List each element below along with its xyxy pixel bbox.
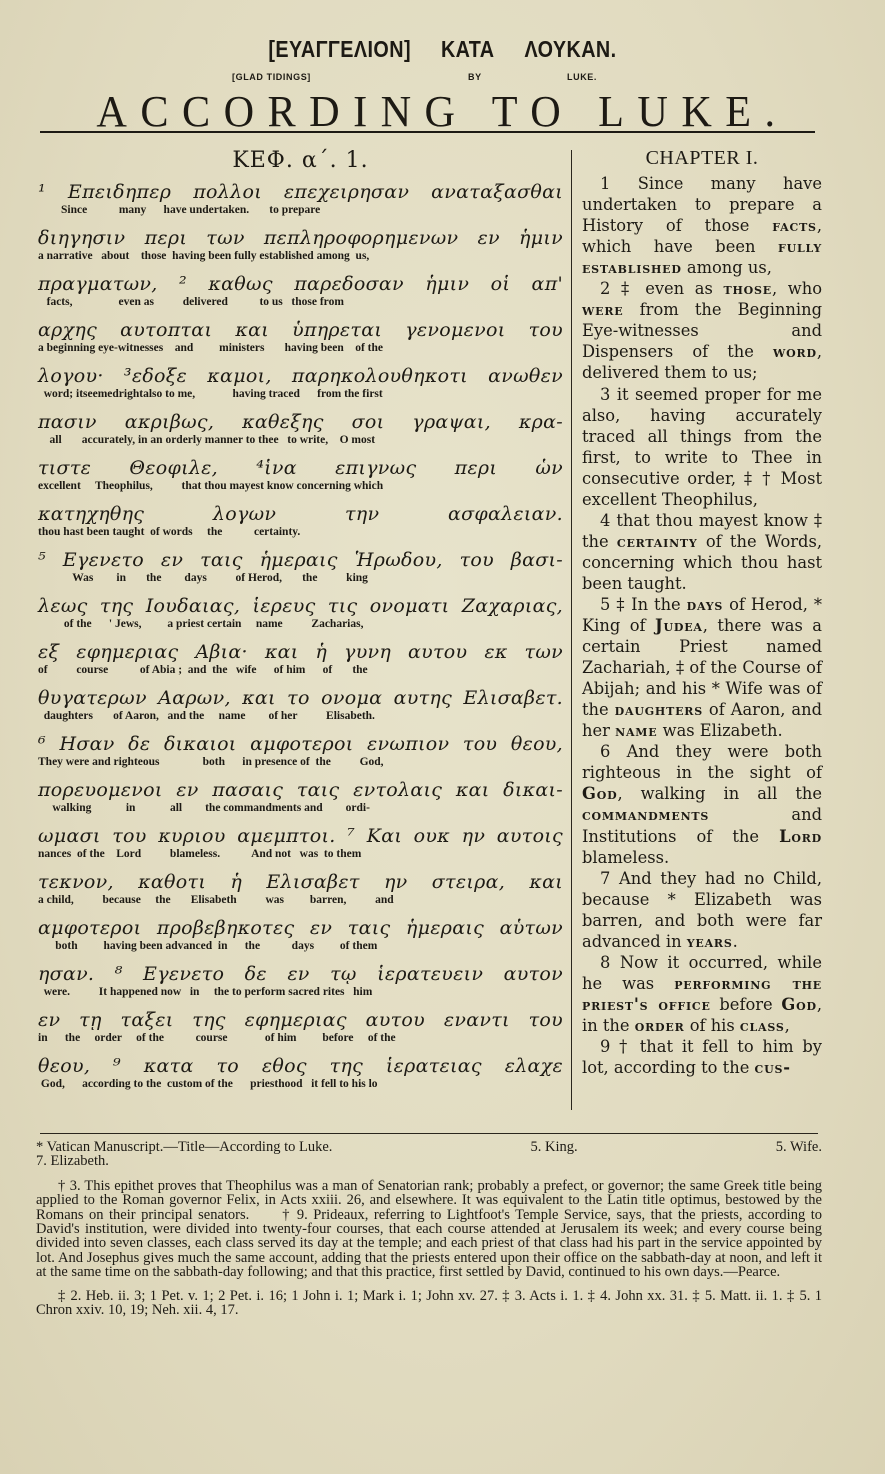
greek-text: κατηχηθης λογων την ασφαλειαν. — [38, 501, 563, 527]
verse-4: 4 that thou mayest know ‡ the certainty … — [582, 510, 822, 594]
english-gloss: were. It happened now in the to perform … — [38, 986, 563, 999]
interlinear-line: πορευομενοι εν πασαις ταις εντολαις και … — [38, 777, 563, 823]
header-rule — [40, 131, 815, 133]
greek-text: πραγματων, ² καθως παρεδοσαν ἡμιν οἱ απ' — [38, 271, 563, 297]
english-gloss: They were and righteous both in presence… — [38, 756, 563, 769]
greek-text: διηγησιν περι των πεπληροφορημενων εν ἡμ… — [38, 225, 563, 251]
english-gloss: of the ' Jews, a priest certain name Zac… — [38, 618, 563, 631]
emphasized-word: certainty — [617, 532, 698, 551]
interlinear-line: ⁵ Εγενετο εν ταις ἡμεραις Ἡρωδου, του βα… — [38, 547, 563, 593]
emphasized-word: years — [687, 932, 733, 951]
emphasized-word: days — [687, 595, 724, 614]
greek-text: πασιν ακριβως, καθεξης σοι γραψαι, κρα- — [38, 409, 563, 435]
interlinear-line: αμφοτεροι προβεβηκοτες εν ταις ἡμεραις α… — [38, 915, 563, 961]
greek-title-kata: ΚΑΤΑ — [441, 36, 495, 62]
interlinear-line: λεως της Ιουδαιας, ἱερευς τις ονοματι Ζα… — [38, 593, 563, 639]
verse-7: 7 And they had no Child, because * Eliza… — [582, 868, 822, 952]
greek-text: ⁶ Ησαν δε δικαιοι αμφοτεροι ενωπιον του … — [38, 731, 563, 757]
verse-1: 1 Since many have undertaken to prepare … — [582, 173, 822, 278]
greek-text: θυγατερων Ααρων, και το ονομα αυτης Ελισ… — [38, 685, 563, 711]
interlinear-line: κατηχηθης λογων την ασφαλειαν.thou hast … — [38, 501, 563, 547]
column-divider — [571, 150, 572, 1110]
greek-interlinear-column: ΚΕΦ. α΄. 1. ¹ Επειδηπερ πολλοι επεχειρησ… — [38, 148, 563, 1099]
verse-text: ‡ In the — [616, 595, 686, 614]
interlinear-line: διηγησιν περι των πεπληροφορημενων εν ἡμ… — [38, 225, 563, 271]
english-gloss: of course of Abia ; and the wife of him … — [38, 664, 563, 677]
verse-5: 5 ‡ In the days of Herod, * King of Jude… — [582, 594, 822, 741]
verse-text: ‡ even as — [621, 279, 723, 298]
greek-text: αμφοτεροι προβεβηκοτες εν ταις ἡμεραις α… — [38, 915, 563, 941]
interlinear-line: αρχης αυτοπται και ὑπηρεται γενομενοι το… — [38, 317, 563, 363]
emphasized-word: name — [615, 721, 657, 740]
verse-8: 8 Now it occurred, while he was performi… — [582, 952, 822, 1036]
greek-text: ¹ Επειδηπερ πολλοι επεχειρησαν αναταξασθ… — [38, 179, 563, 205]
english-gloss: God, according to the custom of the prie… — [38, 1078, 563, 1091]
emphasized-word: facts — [772, 216, 817, 235]
emphasized-word: cus- — [755, 1058, 791, 1077]
greek-text: εν τῃ ταξει της εφημεριας αυτου εναντι τ… — [38, 1007, 563, 1033]
cross-references: ‡ 2. Heb. ii. 3; 1 Pet. v. 1; 2 Pet. i. … — [36, 1289, 822, 1318]
footnote-vatican: * Vatican Manuscript.—Title—According to… — [36, 1140, 332, 1154]
footnote-vatican-5-king: 5. King. — [531, 1140, 578, 1154]
emphasized-word: God — [781, 995, 816, 1014]
gloss-luke: LUKE. — [567, 72, 597, 82]
interlinear-line: πραγματων, ² καθως παρεδοσαν ἡμιν οἱ απ'… — [38, 271, 563, 317]
interlinear-line: ⁶ Ησαν δε δικαιοι αμφοτεροι ενωπιον του … — [38, 731, 563, 777]
interlinear-line: εν τῃ ταξει της εφημεριας αυτου εναντι τ… — [38, 1007, 563, 1053]
interlinear-lines: ¹ Επειδηπερ πολλοι επεχειρησαν αναταξασθ… — [38, 179, 563, 1099]
english-gloss: facts, even as delivered to us those fro… — [38, 296, 563, 309]
emphasized-word: those — [723, 279, 772, 298]
interlinear-line: θεου, ⁹ κατα το εθος της ἱερατειας ελαχε… — [38, 1053, 563, 1099]
greek-text: λογου· ³εδοξε καμοι, παρηκολουθηκοτι ανω… — [38, 363, 563, 389]
interlinear-line: ¹ Επειδηπερ πολλοι επεχειρησαν αναταξασθ… — [38, 179, 563, 225]
greek-title-euangelion: [ΕΥΑΓΓΕΛΙΟΝ] — [268, 36, 411, 62]
emphasized-word: Judea — [655, 616, 703, 635]
verse-9: 9 † that it fell to him by lot, accordin… — [582, 1036, 822, 1078]
verse-number: 3 — [600, 385, 610, 404]
english-gloss: thou hast been taught of words the certa… — [38, 526, 563, 539]
footnote-vatican-row: * Vatican Manuscript.—Title—According to… — [36, 1140, 822, 1154]
greek-text: τεκνον, καθοτι ἡ Ελισαβετ ην στειρα, και — [38, 869, 563, 895]
english-chapter-heading: CHAPTER I. — [582, 148, 822, 169]
english-gloss: excellent Theophilus, that thou mayest k… — [38, 480, 563, 493]
verse-text: before — [711, 995, 782, 1014]
verse-number: 4 — [600, 511, 610, 530]
english-gloss: daughters of Aaron, and the name of her … — [38, 710, 563, 723]
verse-3: 3 it seemed proper for me also, having a… — [582, 384, 822, 510]
verse-text: , who — [772, 279, 822, 298]
interlinear-line: εξ εφημεριας Αβια· και ἡ γυνη αυτου εκ τ… — [38, 639, 563, 685]
greek-text: λεως της Ιουδαιας, ἱερευς τις ονοματι Ζα… — [38, 593, 563, 619]
page-title: ACCORDING TO LUKE. — [18, 86, 868, 137]
verse-text: of his — [685, 1016, 740, 1035]
english-gloss: a narrative about those having been full… — [38, 250, 563, 263]
greek-text: ησαν. ⁸ Εγενετο δε εν τῳ ἱερατευειν αυτο… — [38, 961, 563, 987]
verse-number: 7 — [600, 869, 610, 888]
english-gloss: word; itseemedrightalso to me, having tr… — [38, 388, 563, 401]
english-gloss: in the order of the course of him before… — [38, 1032, 563, 1045]
verse-number: 6 — [600, 742, 610, 761]
gloss-by: BY — [468, 72, 482, 82]
verse-number: 9 — [600, 1037, 610, 1056]
verse-list: 1 Since many have undertaken to prepare … — [582, 173, 822, 1078]
greek-running-title: [ΕΥΑΓΓΕΛΙΟΝ] ΚΑΤΑ ΛΟΥΚΑΝ. — [62, 36, 823, 63]
verse-number: 5 — [600, 595, 610, 614]
greek-text: αρχης αυτοπται και ὑπηρεται γενομενοι το… — [38, 317, 563, 343]
verse-text: , — [785, 1016, 790, 1035]
emphasized-word: order — [635, 1016, 685, 1035]
verse-text: And they were both righteous in the sigh… — [582, 742, 822, 782]
verse-text: blameless. — [582, 848, 669, 867]
english-gloss: nances of the Lord blameless. And not wa… — [38, 848, 563, 861]
verse-number: 1 — [600, 174, 610, 193]
footnotes: * Vatican Manuscript.—Title—According to… — [36, 1140, 822, 1317]
interlinear-line: λογου· ³εδοξε καμοι, παρηκολουθηκοτι ανω… — [38, 363, 563, 409]
english-gloss: a child, because the Elisabeth was barre… — [38, 894, 563, 907]
emphasized-word: daughters — [615, 700, 703, 719]
verse-number: 8 — [600, 953, 610, 972]
gloss-glad-tidings: [GLAD TIDINGS] — [232, 72, 311, 82]
footnote-vatican-7: 7. Elizabeth. — [36, 1154, 822, 1168]
footnote-verse-3-9: † 3. This epithet proves that Theophilus… — [36, 1179, 822, 1280]
english-gloss: Since many have undertaken. to prepare — [38, 204, 563, 217]
greek-text: τιστε Θεοφιλε, ⁴ἱνα επιγνως περι ὡν — [38, 455, 563, 481]
emphasized-word: Lord — [779, 827, 822, 846]
interlinear-line: ωμασι του κυριου αμεμπτοι. ⁷ Και ουκ ην … — [38, 823, 563, 869]
english-gloss: all accurately, in an orderly manner to … — [38, 434, 563, 447]
footnote-vatican-5-wife: 5. Wife. — [776, 1140, 822, 1154]
verse-text: , walking in all the — [617, 784, 822, 803]
greek-text: ωμασι του κυριου αμεμπτοι. ⁷ Και ουκ ην … — [38, 823, 563, 849]
greek-text: θεου, ⁹ κατα το εθος της ἱερατειας ελαχε — [38, 1053, 563, 1079]
english-gloss: Was in the days of Herod, the king — [38, 572, 563, 585]
verse-6: 6 And they were both righteous in the si… — [582, 741, 822, 867]
english-gloss: a beginning eye-witnesses and ministers … — [38, 342, 563, 355]
footnote-rule — [40, 1133, 818, 1134]
english-gloss: both having been advanced in the days of… — [38, 940, 563, 953]
emphasized-word: class — [740, 1016, 785, 1035]
greek-chapter-heading: ΚΕΦ. α΄. 1. — [38, 148, 563, 173]
verse-text: was Elizabeth. — [657, 721, 782, 740]
verse-text: it seemed proper for me also, having acc… — [582, 385, 822, 509]
bible-page: [ΕΥΑΓΓΕΛΙΟΝ] ΚΑΤΑ ΛΟΥΚΑΝ. [GLAD TIDINGS]… — [0, 0, 885, 1474]
english-gloss: walking in all the commandments and ordi… — [38, 802, 563, 815]
emphasized-word: were — [582, 300, 623, 319]
verse-number: 2 — [600, 279, 610, 298]
interlinear-line: τιστε Θεοφιλε, ⁴ἱνα επιγνως περι ὡνexcel… — [38, 455, 563, 501]
emphasized-word: commandments — [582, 805, 709, 824]
greek-text: πορευομενοι εν πασαις ταις εντολαις και … — [38, 777, 563, 803]
greek-text: εξ εφημεριας Αβια· και ἡ γυνη αυτου εκ τ… — [38, 639, 563, 665]
interlinear-line: θυγατερων Ααρων, και το ονομα αυτης Ελισ… — [38, 685, 563, 731]
interlinear-line: τεκνον, καθοτι ἡ Ελισαβετ ην στειρα, και… — [38, 869, 563, 915]
verse-2: 2 ‡ even as those, who were from the Beg… — [582, 278, 822, 383]
verse-text: among us, — [682, 258, 772, 277]
english-translation-column: CHAPTER I. 1 Since many have undertaken … — [582, 148, 822, 1078]
interlinear-line: πασιν ακριβως, καθεξης σοι γραψαι, κρα- … — [38, 409, 563, 455]
verse-text: . — [733, 932, 738, 951]
emphasized-word: God — [582, 784, 617, 803]
emphasized-word: word — [773, 342, 817, 361]
greek-title-loukan: ΛΟΥΚΑΝ. — [525, 36, 617, 62]
greek-text: ⁵ Εγενετο εν ταις ἡμεραις Ἡρωδου, του βα… — [38, 547, 563, 573]
interlinear-line: ησαν. ⁸ Εγενετο δε εν τῳ ἱερατευειν αυτο… — [38, 961, 563, 1007]
